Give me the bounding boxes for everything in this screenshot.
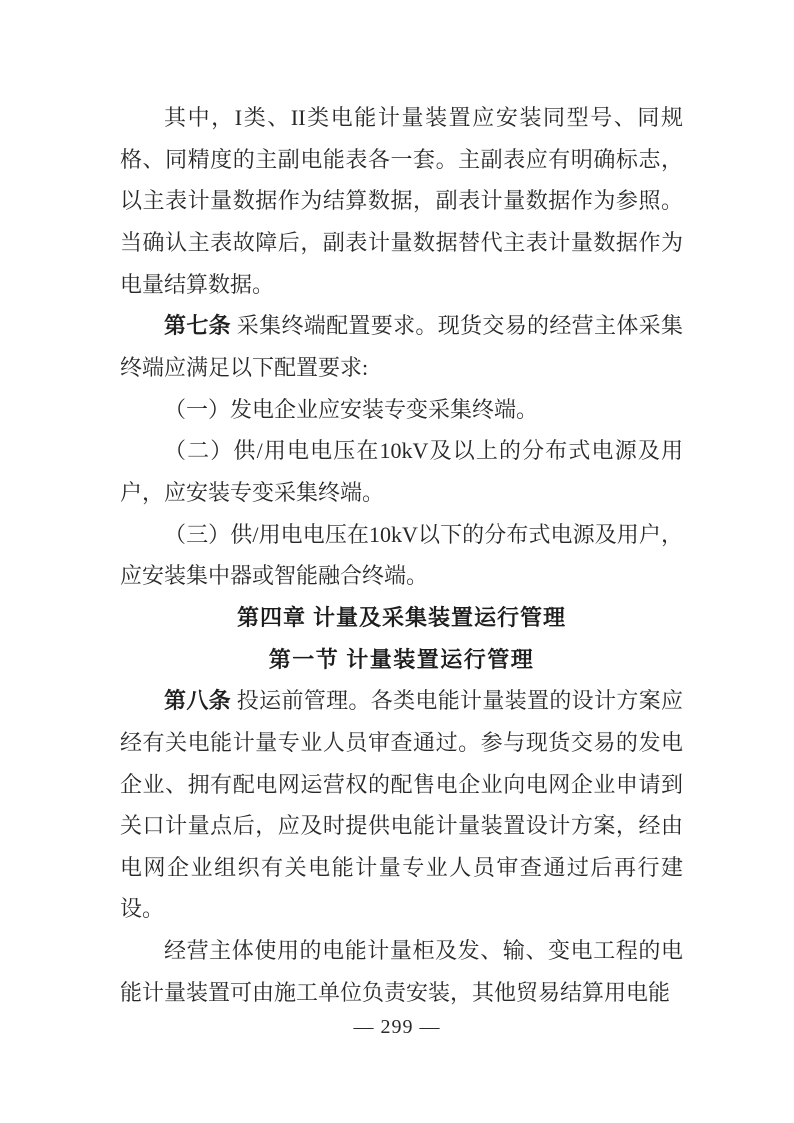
article-8-label: 第八条 [164, 688, 231, 713]
paragraph-last-truncated: 经营主体使用的电能计量柜及发、输、变电工程的电能计量装置可由施工单位负责安装，其… [120, 930, 683, 1013]
list-item-1: （一）发电企业应安装专变采集终端。 [120, 389, 683, 431]
paragraph-main-sub-meter: 其中，I类、II类电能计量装置应安装同型号、同规格、同精度的主副电能表各一套。主… [120, 97, 683, 305]
paragraph-article-8: 第八条 投运前管理。各类电能计量装置的设计方案应经有关电能计量专业人员审查通过。… [120, 680, 683, 930]
page-number: — 299 — [0, 1013, 794, 1041]
document-body: 其中，I类、II类电能计量装置应安装同型号、同规格、同精度的主副电能表各一套。主… [120, 97, 683, 1013]
chapter-heading: 第四章 计量及采集装置运行管理 [120, 597, 683, 639]
article-7-label: 第七条 [164, 313, 231, 338]
paragraph-article-7: 第七条 采集终端配置要求。现货交易的经营主体采集终端应满足以下配置要求: [120, 305, 683, 388]
document-page: 其中，I类、II类电能计量装置应安装同型号、同规格、同精度的主副电能表各一套。主… [0, 0, 794, 1123]
list-item-3: （三）供/用电电压在10kV以下的分布式电源及用户，应安装集中器或智能融合终端。 [120, 514, 683, 597]
list-item-2: （二）供/用电电压在10kV及以上的分布式电源及用户，应安装专变采集终端。 [120, 430, 683, 513]
section-heading: 第一节 计量装置运行管理 [120, 639, 683, 681]
article-8-text: 投运前管理。各类电能计量装置的设计方案应经有关电能计量专业人员审查通过。参与现货… [120, 688, 683, 921]
